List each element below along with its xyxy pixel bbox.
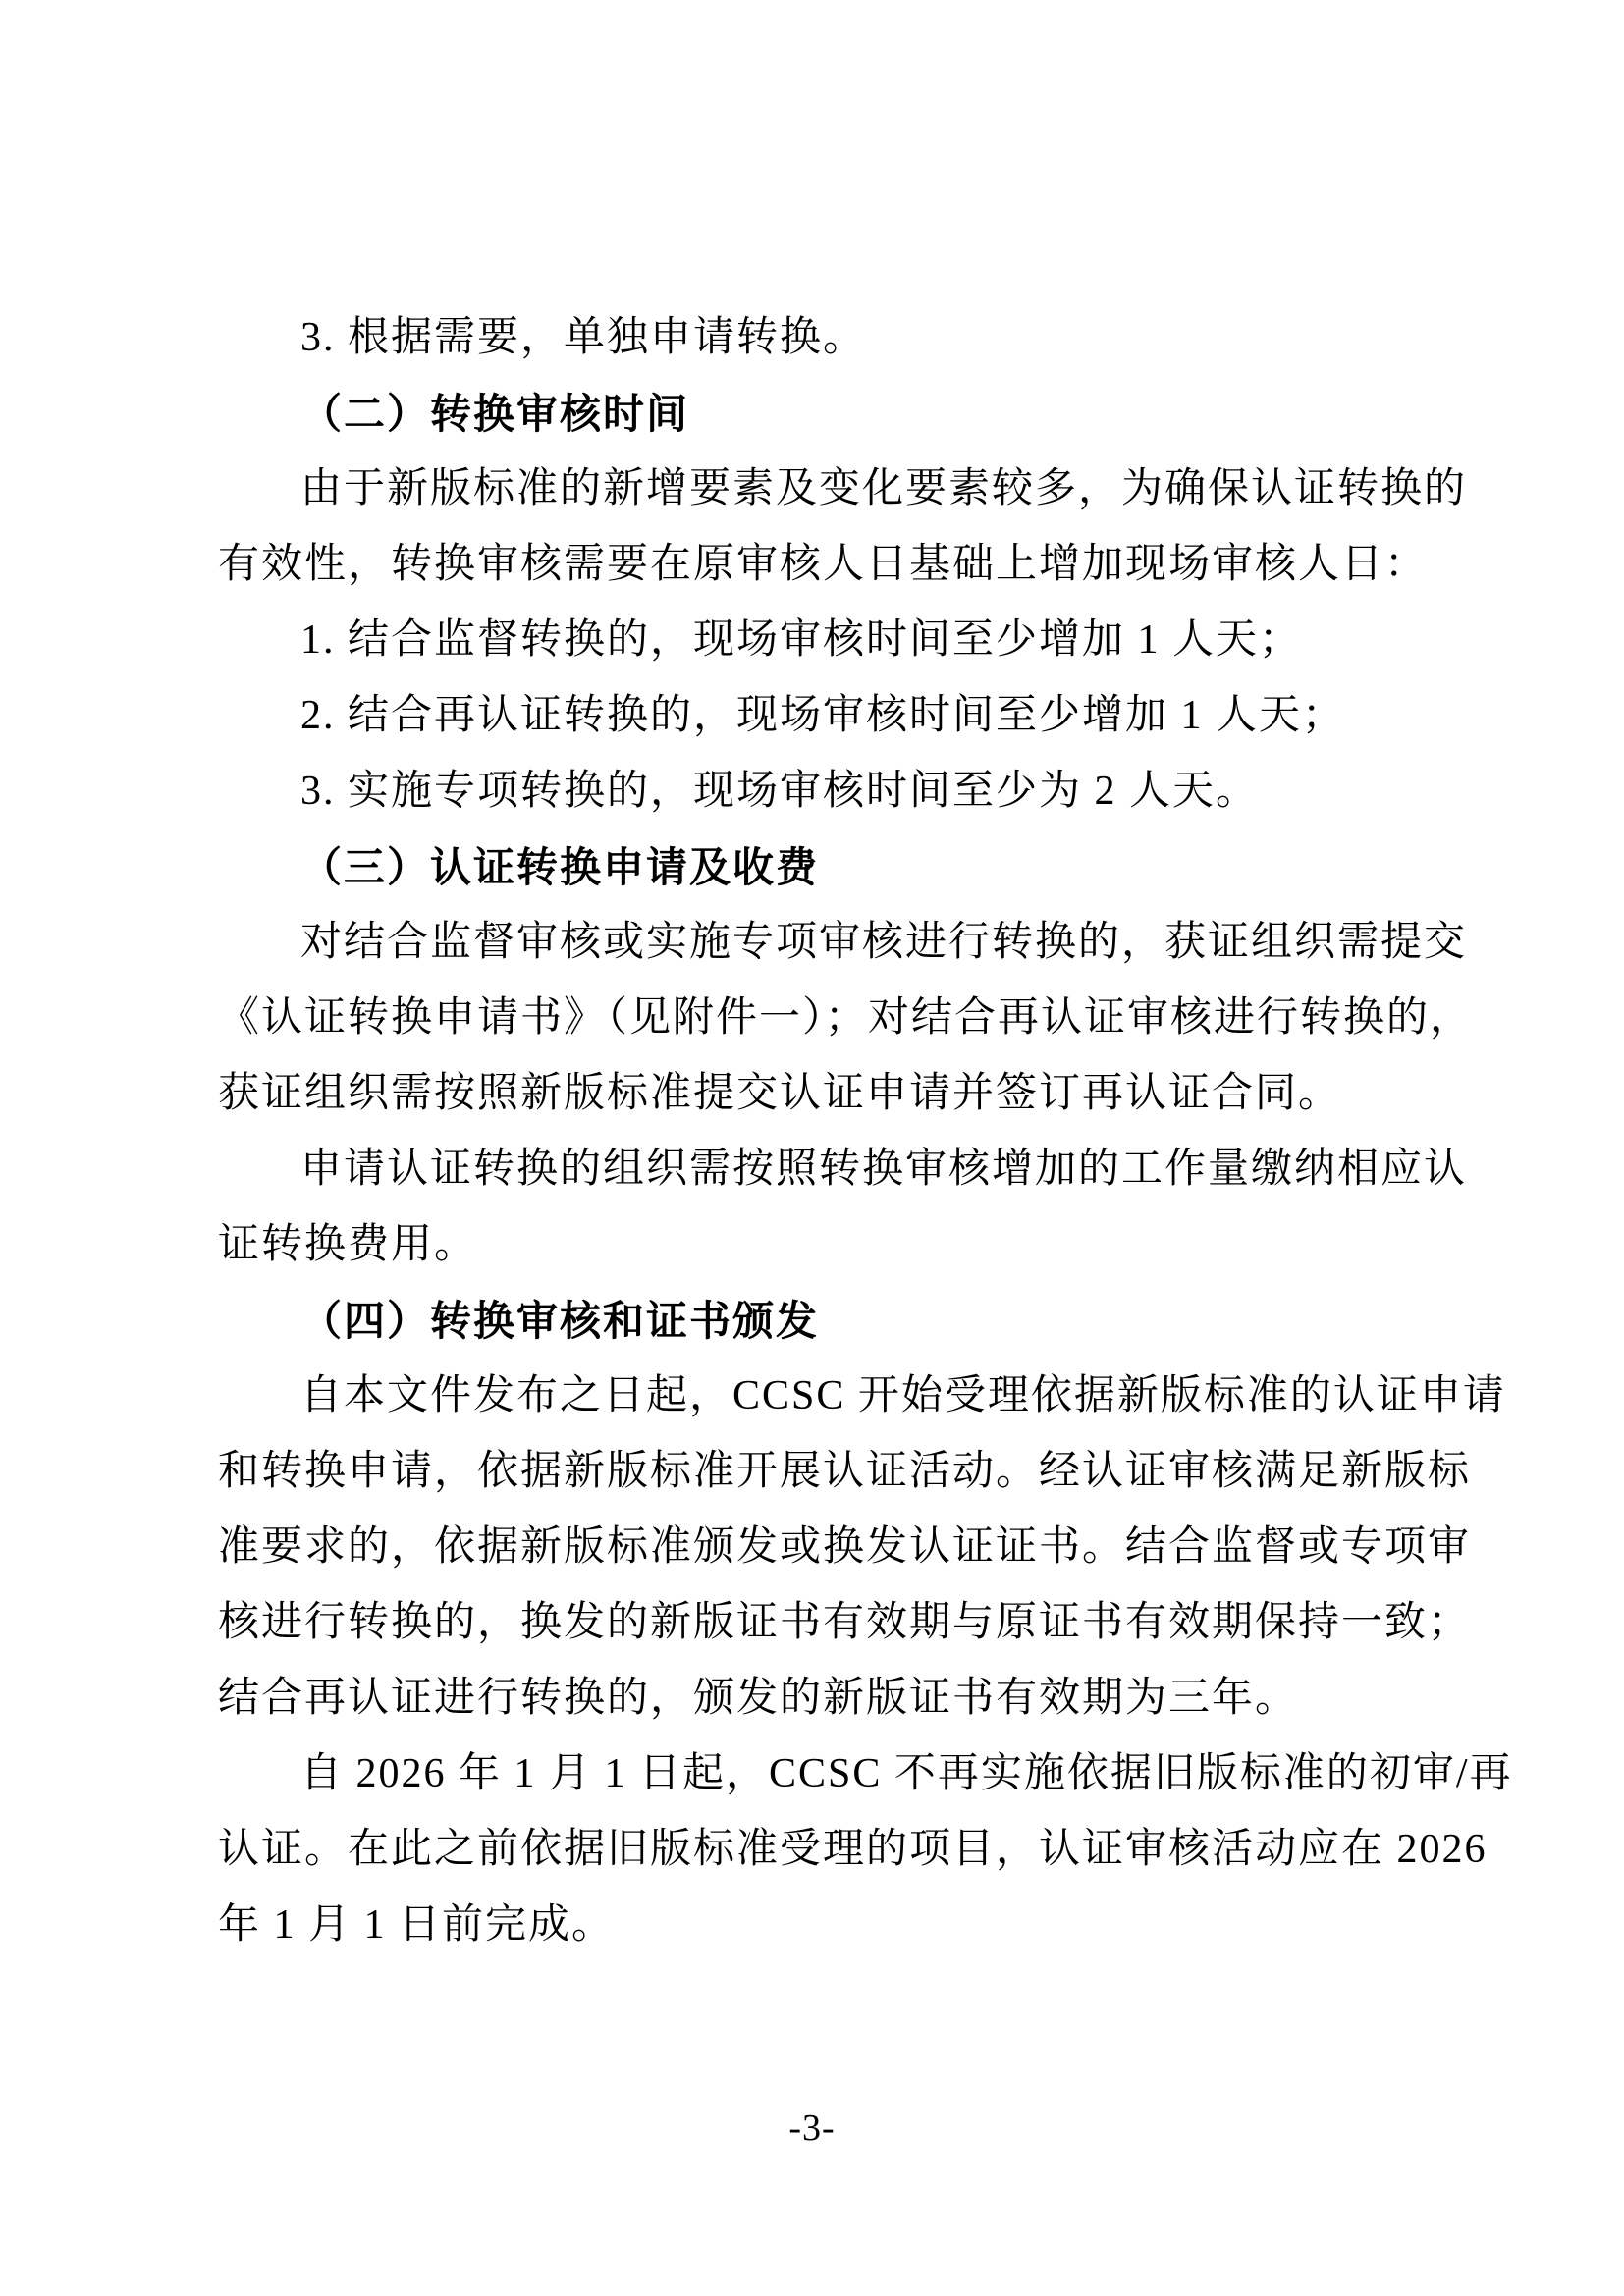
text-line: 申请认证转换的组织需按照转换审核增加的工作量缴纳相应认 (218, 1132, 1432, 1207)
text-line: 结合再认证进行转换的，颁发的新版证书有效期为三年。 (218, 1661, 1432, 1736)
list-item: 3. 实施专项转换的，现场审核时间至少为 2 人天。 (218, 754, 1432, 829)
text-line: 核进行转换的，换发的新版证书有效期与原证书有效期保持一致； (218, 1585, 1432, 1661)
text-line: 和转换申请，依据新版标准开展认证活动。经认证审核满足新版标 (218, 1434, 1432, 1510)
section-heading: （三）认证转换申请及收费 (218, 829, 1432, 905)
text-line: 《认证转换申请书》（见附件一）；对结合再认证审核进行转换的， (218, 981, 1432, 1056)
text-line: 由于新版标准的新增要素及变化要素较多，为确保认证转换的 (218, 452, 1432, 527)
document-body: 3. 根据需要，单独申请转换。（二）转换审核时间由于新版标准的新增要素及变化要素… (218, 300, 1432, 1963)
text-line: 准要求的，依据新版标准颁发或换发认证证书。结合监督或专项审 (218, 1510, 1432, 1585)
text-line: 有效性，转换审核需要在原审核人日基础上增加现场审核人日： (218, 527, 1432, 603)
text-line: 获证组织需按照新版标准提交认证申请并签订再认证合同。 (218, 1056, 1432, 1132)
text-line: 认证。在此之前依据旧版标准受理的项目，认证审核活动应在 2026 (218, 1812, 1432, 1888)
list-item: 2. 结合再认证转换的，现场审核时间至少增加 1 人天； (218, 678, 1432, 754)
document-page: 3. 根据需要，单独申请转换。（二）转换审核时间由于新版标准的新增要素及变化要素… (0, 0, 1624, 2296)
page-number: -3- (788, 2108, 835, 2149)
text-line: 年 1 月 1 日前完成。 (218, 1888, 1432, 1963)
text-line: 证转换费用。 (218, 1207, 1432, 1283)
text-line: 自 2026 年 1 月 1 日起，CCSC 不再实施依据旧版标准的初审/再 (218, 1736, 1432, 1812)
list-item: 1. 结合监督转换的，现场审核时间至少增加 1 人天； (218, 603, 1432, 678)
section-heading: （四）转换审核和证书颁发 (218, 1283, 1432, 1359)
list-item: 3. 根据需要，单独申请转换。 (218, 300, 1432, 376)
page-footer: -3- (0, 2107, 1624, 2150)
text-line: 对结合监督审核或实施专项审核进行转换的，获证组织需提交 (218, 905, 1432, 981)
section-heading: （二）转换审核时间 (218, 376, 1432, 452)
text-line: 自本文件发布之日起，CCSC 开始受理依据新版标准的认证申请 (218, 1359, 1432, 1434)
